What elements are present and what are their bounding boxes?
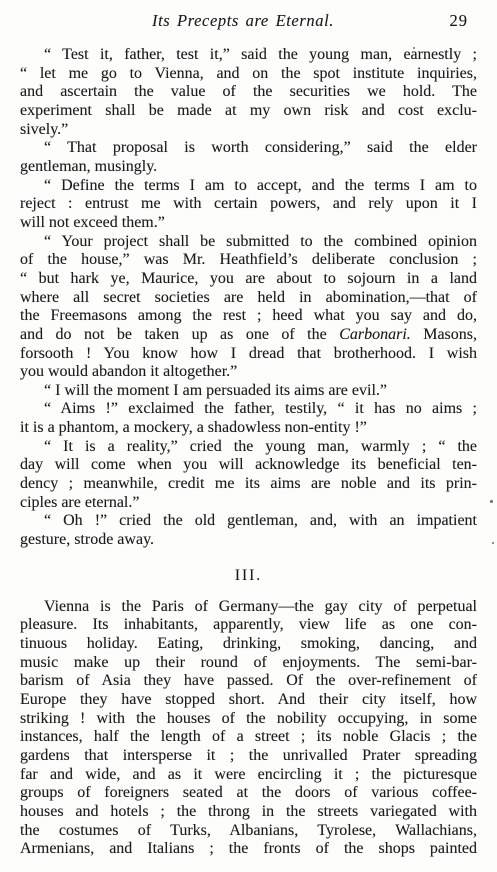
scan-speck: [492, 542, 494, 544]
text-line: Armenians, and Italians ; the fronts of …: [20, 840, 477, 859]
text-line: Europe they have stopped short. And thei…: [20, 691, 477, 710]
text-line: where all secret societies are held in a…: [20, 289, 477, 308]
text-line: it is a phantom, a mockery, a shadowless…: [20, 419, 477, 438]
text-line: ciples are eternal.”: [20, 494, 477, 513]
text-line: “ I will the moment I am persuaded its a…: [20, 382, 477, 401]
text-line: reject : entrust me with certain powers,…: [20, 195, 477, 214]
page-number: 29: [450, 11, 469, 31]
text-line: “ That proposal is worth considering,” s…: [20, 139, 477, 158]
section-heading: III.: [20, 566, 477, 585]
paragraph: Vienna is the Paris of Germany—the gay c…: [20, 598, 477, 859]
text-line: and do not be taken up as one of the Car…: [20, 326, 477, 345]
paragraph: “ Your project shall be submitted to the…: [20, 233, 477, 382]
text-line: forsooth ! You know how I dread that bro…: [20, 345, 477, 364]
text-line: of the house,” was Mr. Heathfield’s deli…: [20, 251, 477, 270]
text-line: “ Oh !” cried the old gentleman, and, wi…: [20, 512, 477, 531]
text-line: tinuous holiday. Eating, drinking, smoki…: [20, 635, 477, 654]
paragraph: “ Oh !” cried the old gentleman, and, wi…: [20, 512, 477, 549]
running-title: Its Precepts are Eternal.: [152, 11, 334, 31]
text-line: gentleman, musingly.: [20, 158, 477, 177]
text-line: “ Test it, father, test it,” said the yo…: [20, 46, 477, 65]
text-line: far and wide, and as it were encircling …: [20, 766, 477, 785]
text-line: music make up their round of enjoyments.…: [20, 654, 477, 673]
paragraph: “ That proposal is worth considering,” s…: [20, 139, 477, 176]
text-line: gardens that intersperse it ; the unriva…: [20, 747, 477, 766]
text-line: “ It is a reality,” cried the young man,…: [20, 438, 477, 457]
scan-speck: [413, 47, 415, 49]
paragraph: “ I will the moment I am persuaded its a…: [20, 382, 477, 401]
paragraph: “ Aims !” exclaimed the father, testily,…: [20, 400, 477, 437]
text-line: gesture, strode away.: [20, 531, 477, 550]
text-line: Vienna is the Paris of Germany—the gay c…: [20, 598, 477, 617]
paragraph: “ Test it, father, test it,” said the yo…: [20, 46, 477, 139]
text-line: you would abandon it altogether.”: [20, 363, 477, 382]
text-line: and ascertain the value of the securitie…: [20, 83, 477, 102]
text-line: groups of foreigners seated at the doors…: [20, 784, 477, 803]
text-line: will not exceed them.”: [20, 214, 477, 233]
text-line: “ but hark ye, Maurice, you are about to…: [20, 270, 477, 289]
text-line: instances, half the length of a street ;…: [20, 728, 477, 747]
text-line: striking ! with the houses of the nobili…: [20, 710, 477, 729]
paragraph: “ It is a reality,” cried the young man,…: [20, 438, 477, 513]
scan-speck: [490, 500, 493, 503]
text-block: “ Test it, father, test it,” said the yo…: [20, 46, 477, 859]
book-page: Its Precepts are Eternal. 29 “ Test it, …: [0, 0, 497, 872]
text-line: houses and hotels ; the throng in the st…: [20, 803, 477, 822]
text-line: “ Aims !” exclaimed the father, testily,…: [20, 400, 477, 419]
text-line: the costumes of Turks, Albanians, Tyrole…: [20, 822, 477, 841]
text-line: pleasure. Its inhabitants, apparently, v…: [20, 616, 477, 635]
text-line: sively.”: [20, 121, 477, 140]
text-line: day will come when you will acknowledge …: [20, 456, 477, 475]
text-line: “ let me go to Vienna, and on the spot i…: [20, 65, 477, 84]
text-line: experiment shall be made at my own risk …: [20, 102, 477, 121]
text-line: the Freemasons among the rest ; heed wha…: [20, 307, 477, 326]
text-line: dency ; meanwhile, credit me its aims ar…: [20, 475, 477, 494]
text-line: “ Define the terms I am to accept, and t…: [20, 177, 477, 196]
text-line: barism of Asia they have passed. Of the …: [20, 672, 477, 691]
text-line: “ Your project shall be submitted to the…: [20, 233, 477, 252]
paragraph: “ Define the terms I am to accept, and t…: [20, 177, 477, 233]
page-header: Its Precepts are Eternal. 29: [0, 11, 497, 33]
